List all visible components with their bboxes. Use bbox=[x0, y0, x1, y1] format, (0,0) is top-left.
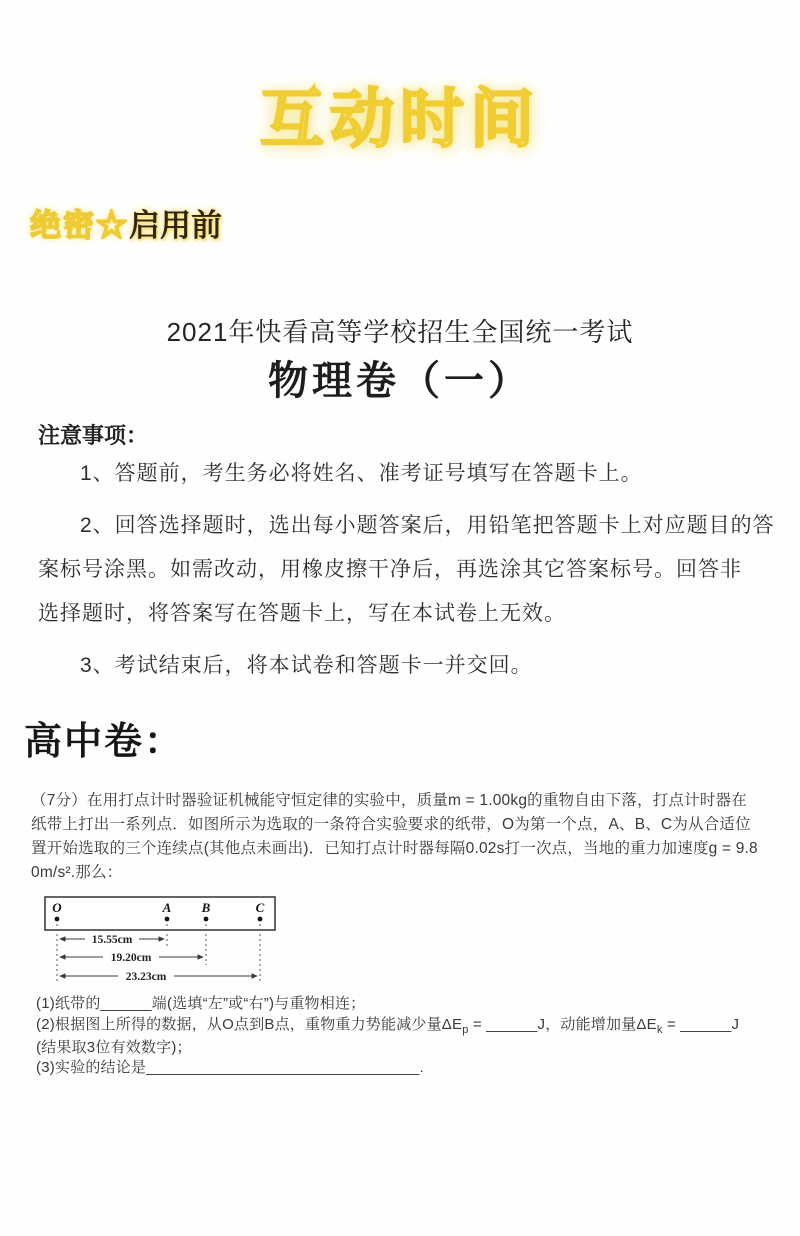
notice-line-2b: 案标号涂黑。如需改动，用橡皮擦干净后，再选涂其它答案标号。回答非 bbox=[38, 553, 742, 583]
secrecy-dark-text: 启用前 bbox=[129, 208, 222, 243]
question-2: (2)根据图上所得的数据，从O点到B点，重物重力势能减少量ΔEp = _____… bbox=[36, 1013, 739, 1036]
notice-line-2c: 选择题时，将答案写在答题卡上，写在本试卷上无效。 bbox=[38, 597, 566, 627]
point-dot-a bbox=[165, 917, 170, 922]
point-label-o: O bbox=[52, 900, 62, 915]
question-2-suffix: = ______J bbox=[663, 1016, 740, 1033]
paper-title: 物理卷（一） bbox=[0, 349, 800, 406]
notice-heading: 注意事项： bbox=[38, 419, 148, 450]
section-heading: 高中卷： bbox=[24, 710, 184, 765]
point-label-a: A bbox=[162, 900, 172, 915]
exam-title: 2021年快看高等学校招生全国统一考试 bbox=[0, 312, 800, 349]
problem-line-2: 纸带上打出一系列点．如图所示为选取的一条符合实验要求的纸带，O为第一个点，A、B… bbox=[31, 813, 791, 837]
point-label-c: C bbox=[256, 900, 265, 915]
question-3: (3)实验的结论是_______________________________… bbox=[36, 1056, 424, 1077]
question-1: (1)纸带的______端(选填“左”或“右”)与重物相连； bbox=[36, 992, 365, 1013]
question-2-mid: = ______J，动能增加量ΔE bbox=[469, 1016, 657, 1033]
point-dot-o bbox=[55, 917, 60, 922]
question-2-note: (结果取3位有效数字)； bbox=[36, 1036, 192, 1057]
point-dot-c bbox=[258, 917, 263, 922]
tape-diagram: O A B C 15.55cm 19.20cm 23.23cm bbox=[44, 891, 294, 987]
notice-line-3: 3、考试结束后，将本试卷和答题卡一并交回。 bbox=[80, 649, 533, 679]
paper-tape bbox=[45, 897, 275, 930]
exam-paper-page: 互动时间 绝密☆启用前 2021年快看高等学校招生全国统一考试 物理卷（一） 注… bbox=[0, 0, 800, 1236]
question-2-prefix: (2)根据图上所得的数据，从O点到B点，重物重力势能减少量ΔE bbox=[36, 1016, 462, 1033]
sticker-title: 互动时间 bbox=[0, 68, 800, 160]
problem-line-4: 0m/s².那么： bbox=[31, 861, 791, 885]
notice-line-2a: 2、回答选择题时，选出每小题答案后，用铅笔把答题卡上对应题目的答 bbox=[80, 509, 775, 539]
point-dot-b bbox=[204, 917, 209, 922]
problem-line-3: 置开始选取的三个连续点(其他点未画出)．已知打点计时器每隔0.02s打一次点，当… bbox=[31, 837, 791, 861]
secrecy-label: 绝密☆启用前 bbox=[30, 200, 222, 245]
dim-label-oc: 23.23cm bbox=[126, 971, 167, 983]
notice-line-1: 1、答题前，考生务必将姓名、准考证号填写在答题卡上。 bbox=[80, 457, 643, 487]
problem-paragraph: （7分）在用打点计时器验证机械能守恒定律的实验中，质量m = 1.00kg的重物… bbox=[31, 789, 791, 885]
dim-label-ob: 19.20cm bbox=[111, 952, 152, 964]
problem-line-1: （7分）在用打点计时器验证机械能守恒定律的实验中，质量m = 1.00kg的重物… bbox=[31, 789, 791, 813]
dim-label-oa: 15.55cm bbox=[92, 934, 133, 946]
point-label-b: B bbox=[201, 900, 211, 915]
secrecy-bubble-text: 绝密☆ bbox=[30, 208, 129, 243]
